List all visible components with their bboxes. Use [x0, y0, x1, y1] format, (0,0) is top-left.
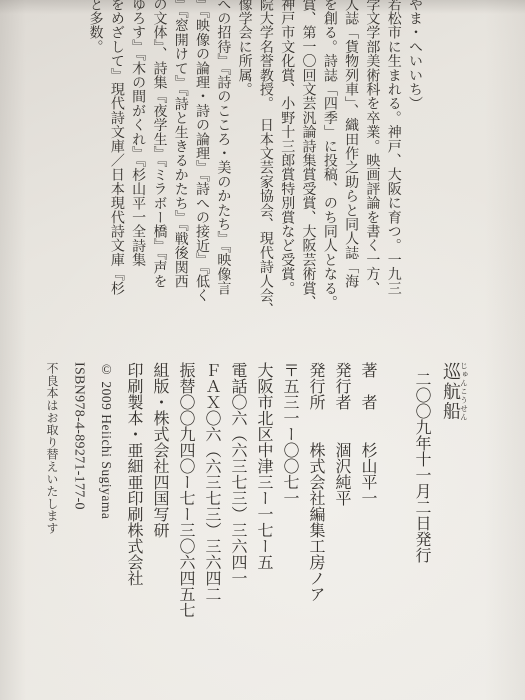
- bio-column: 若松市に生まれる。神戸、大阪に育つ。一九三: [382, 0, 403, 337]
- bio-column: 』『窓開けて』『詩と生きるかたち』『戦後関西: [169, 0, 190, 337]
- bio-column: の文体』、詩集『夜学生』『ミラボー橋』『声を: [148, 0, 169, 337]
- publisher-line: 発行者 涸沢純平: [328, 362, 354, 637]
- isbn-line: ISBN978-4-89271-177-0: [65, 362, 93, 572]
- bio-column: をめざして』現代詩文庫／日本現代詩文庫『杉: [106, 0, 127, 337]
- typesetting-line: 組版・株式会社四国写研: [146, 362, 172, 637]
- postal-code-line: 〒五三一ー〇〇七一: [276, 362, 302, 637]
- publication-date: 二〇〇九年十一月二日発行: [408, 362, 434, 637]
- printing-line: 印刷製本・亜細亜印刷株式会社: [120, 362, 146, 637]
- book-title-block: 巡航船じゅんこうせん: [438, 362, 468, 422]
- bio-column: 人誌「貨物列車」、織田作之助らと同人誌「海: [340, 0, 361, 337]
- colophon-block: 二〇〇九年十一月二日発行 著 者 杉山平一 発行者 涸沢純平 発行所 株式会社編…: [118, 362, 434, 637]
- book-colophon-page: やま・へいいち） 若松市に生まれる。神戸、大阪に育つ。一九三 学文学部美術科を卒…: [0, 0, 525, 700]
- publishing-house-line: 発行所 株式会社編集工房ノア: [302, 362, 328, 637]
- bio-column: 賞、第一〇回文芸汎論詩集賞受賞、大阪芸術賞、: [297, 0, 318, 337]
- fax-line: ＦＡＸ〇六（六三七三）三六四二: [198, 362, 224, 637]
- bio-column: 神戸市文化賞、小野十三郎賞特別賞など受賞。: [276, 0, 297, 337]
- bio-column: 像学会に所属。: [233, 0, 254, 337]
- copyright-line: © 2009 Heiichi Sugiyama: [93, 362, 121, 572]
- bio-column: 学文学部美術科を卒業。映画評論を書く一方、: [361, 0, 382, 337]
- replacement-notice: 不良本はお取り替えいたします: [38, 362, 66, 572]
- author-line: 著 者 杉山平一: [354, 362, 380, 637]
- bio-column: と多数。: [84, 0, 105, 337]
- bio-column: やま・へいいち）: [404, 0, 425, 337]
- author-bio-block: やま・へいいち） 若松市に生まれる。神戸、大阪に育つ。一九三 学文学部美術科を卒…: [84, 0, 425, 337]
- imprint-block: © 2009 Heiichi Sugiyama ISBN978-4-89271-…: [34, 362, 120, 572]
- phone-line: 電話〇六（六三七三）三六四一: [224, 362, 250, 637]
- book-title: 巡航船じゅんこうせん: [441, 362, 461, 421]
- address-line: 大阪市北区中津三ー一七ー五: [250, 362, 276, 637]
- book-title-text: 巡航船: [441, 362, 461, 421]
- postal-transfer-line: 振替〇〇九四〇ー七ー三〇六四五七: [172, 362, 198, 637]
- bio-column: への招待』『詩のこころ・美のかたち』『映像言: [212, 0, 233, 337]
- bio-column: を創る。詩誌「四季」に投稿、のち同人となる。: [319, 0, 340, 337]
- bio-column: ゆろす』『木の間がくれ』『杉山平一全詩集: [127, 0, 148, 337]
- book-title-furigana: じゅんこうせん: [460, 362, 469, 422]
- bio-column: 』『映像の論理・詩の論理』『詩への接近』『低く: [191, 0, 212, 337]
- bio-column: 院大学名誉教授。 日本文芸家協会、現代詩人会、: [255, 0, 276, 337]
